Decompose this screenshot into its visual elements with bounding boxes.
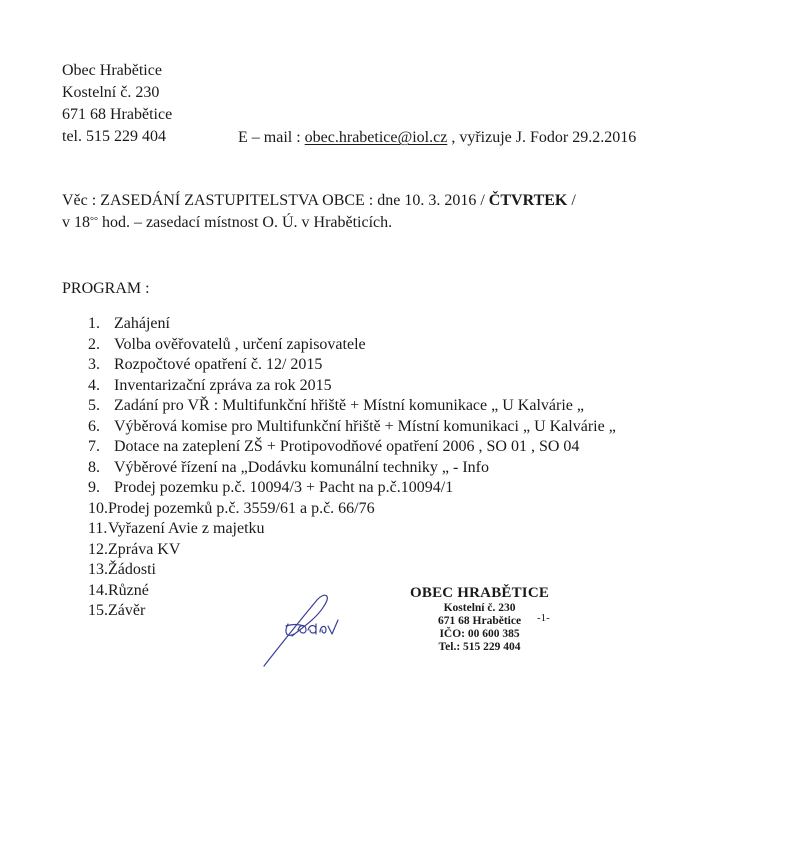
- agenda-item-number: 3.: [88, 355, 114, 376]
- agenda-item-number: 15.: [88, 601, 108, 622]
- agenda-item-number: 9.: [88, 478, 114, 499]
- agenda-item: 1.Zahájení: [88, 314, 616, 335]
- agenda-item-text: Výběrové řízení na „Dodávku komunální te…: [114, 458, 489, 479]
- agenda-item-number: 11.: [88, 519, 108, 540]
- agenda-item: 13.Žádosti: [88, 560, 616, 581]
- agenda-item: 12.Zpráva KV: [88, 540, 616, 561]
- agenda-item: 6.Výběrová komise pro Multifunkční hřišt…: [88, 417, 616, 438]
- agenda-item-number: 5.: [88, 396, 114, 417]
- agenda-item-text: Výběrová komise pro Multifunkční hřiště …: [114, 417, 616, 438]
- agenda-item: 3.Rozpočtové opatření č. 12/ 2015: [88, 355, 616, 376]
- time-rest: hod. – zasedací místnost O. Ú. v Hraběti…: [98, 214, 392, 231]
- time-superscript: °°: [90, 216, 98, 227]
- sender-name: Obec Hrabětice: [62, 60, 172, 82]
- agenda-item-text: Prodej pozemku p.č. 10094/3 + Pacht na p…: [114, 478, 453, 499]
- agenda-item-text: Žádosti: [108, 560, 156, 581]
- agenda-item-text: Prodej pozemků p.č. 3559/61 a p.č. 66/76: [108, 499, 375, 520]
- sender-address: Obec Hrabětice Kostelní č. 230 671 68 Hr…: [62, 60, 172, 148]
- agenda-item: 2.Volba ověřovatelů , určení zapisovatel…: [88, 335, 616, 356]
- agenda-item-text: Volba ověřovatelů , určení zapisovatele: [114, 335, 366, 356]
- agenda-item: 5.Zadání pro VŘ : Multifunkční hřiště + …: [88, 396, 616, 417]
- agenda-item-text: Zpráva KV: [108, 540, 180, 561]
- agenda-item-number: 10.: [88, 499, 108, 520]
- agenda-item-number: 6.: [88, 417, 114, 438]
- agenda-item-text: Zahájení: [114, 314, 170, 335]
- sender-phone: tel. 515 229 404: [62, 126, 172, 148]
- stamp-street: Kostelní č. 230: [410, 602, 549, 615]
- agenda-item-text: Dotace na zateplení ZŠ + Protipovodňové …: [114, 437, 579, 458]
- stamp-phone: Tel.: 515 229 404: [410, 641, 549, 654]
- email-label: E – mail :: [238, 129, 305, 146]
- agenda-item-text: Rozpočtové opatření č. 12/ 2015: [114, 355, 322, 376]
- handler-and-date: , vyřizuje J. Fodor 29.2.2016: [447, 129, 636, 146]
- official-stamp: OBEC HRABĚTICE Kostelní č. 230 671 68 Hr…: [410, 585, 549, 654]
- agenda-item-number: 8.: [88, 458, 114, 479]
- agenda-item-number: 7.: [88, 437, 114, 458]
- contact-line: E – mail : obec.hrabetice@iol.cz , vyřiz…: [238, 127, 636, 149]
- program-heading: PROGRAM :: [62, 278, 150, 300]
- agenda-item: 11.Vyřazení Avie z majetku: [88, 519, 616, 540]
- sender-street: Kostelní č. 230: [62, 82, 172, 104]
- agenda-list: 1.Zahájení2.Volba ověřovatelů , určení z…: [88, 314, 616, 622]
- agenda-item-text: Vyřazení Avie z majetku: [108, 519, 265, 540]
- agenda-item-text: Zadání pro VŘ : Multifunkční hřiště + Mí…: [114, 396, 584, 417]
- agenda-item-number: 1.: [88, 314, 114, 335]
- agenda-item: 7.Dotace na zateplení ZŠ + Protipovodňov…: [88, 437, 616, 458]
- agenda-item-number: 13.: [88, 560, 108, 581]
- stamp-ico: IČO: 00 600 385: [410, 628, 549, 641]
- sender-city: 671 68 Hrabětice: [62, 104, 172, 126]
- agenda-item-number: 12.: [88, 540, 108, 561]
- agenda-item-number: 14.: [88, 581, 108, 602]
- subject-weekday: ČTVRTEK: [489, 192, 568, 209]
- agenda-item-text: Inventarizační zpráva za rok 2015: [114, 376, 332, 397]
- subject: Věc : ZASEDÁNÍ ZASTUPITELSTVA OBCE : dne…: [62, 190, 576, 234]
- stamp-city: 671 68 Hrabětice: [410, 615, 549, 628]
- agenda-item: 8.Výběrové řízení na „Dodávku komunální …: [88, 458, 616, 479]
- time-prefix: v 18: [62, 214, 90, 231]
- signature: [262, 588, 382, 668]
- subject-line-2: v 18°° hod. – zasedací místnost O. Ú. v …: [62, 212, 576, 234]
- stamp-title: OBEC HRABĚTICE: [410, 585, 549, 602]
- agenda-item-text: Závěr: [108, 601, 145, 622]
- agenda-item-number: 2.: [88, 335, 114, 356]
- agenda-item: 4.Inventarizační zpráva za rok 2015: [88, 376, 616, 397]
- subject-line-1: Věc : ZASEDÁNÍ ZASTUPITELSTVA OBCE : dne…: [62, 190, 576, 212]
- email-link[interactable]: obec.hrabetice@iol.cz: [305, 129, 448, 146]
- subject-prefix: Věc : ZASEDÁNÍ ZASTUPITELSTVA OBCE : dne…: [62, 192, 489, 209]
- agenda-item-text: Různé: [108, 581, 149, 602]
- agenda-item: 9.Prodej pozemku p.č. 10094/3 + Pacht na…: [88, 478, 616, 499]
- agenda-item: 10.Prodej pozemků p.č. 3559/61 a p.č. 66…: [88, 499, 616, 520]
- page-number: -1-: [537, 612, 550, 624]
- agenda-item-number: 4.: [88, 376, 114, 397]
- subject-suffix: /: [567, 192, 575, 209]
